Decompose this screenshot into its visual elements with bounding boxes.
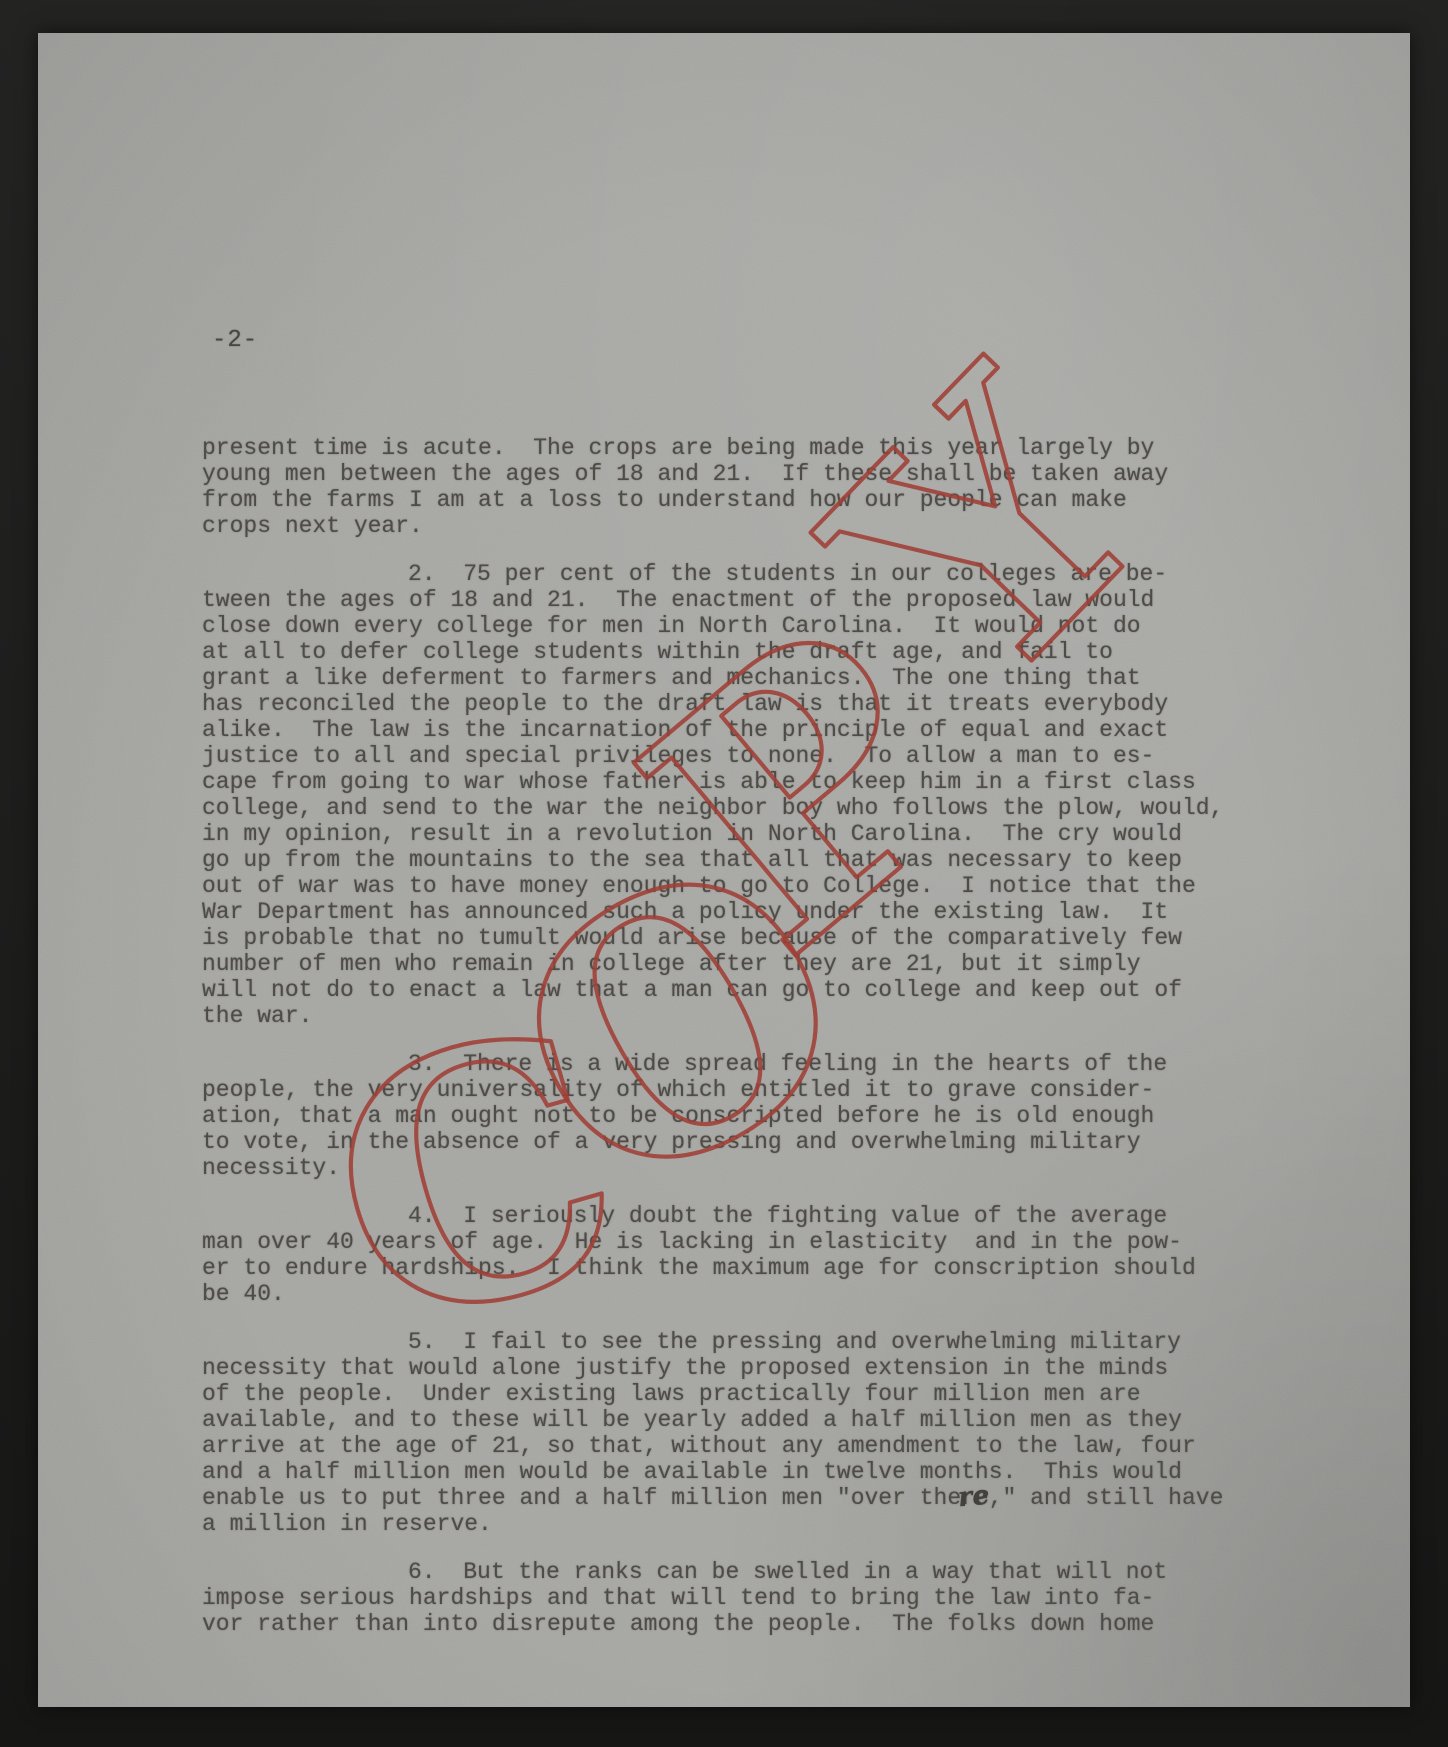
page-number: -2- — [212, 327, 258, 354]
handwritten-correction: re — [957, 1480, 991, 1514]
paragraph-5: 5. I fail to see the pressing and overwh… — [202, 1329, 1248, 1537]
paragraph-6: 6. But the ranks can be swelled in a way… — [202, 1559, 1248, 1637]
document-page: -2- present time is acute. The crops are… — [38, 33, 1410, 1707]
typed-text-block: present time is acute. The crops are bei… — [202, 435, 1248, 1659]
paragraph-4: 4. I seriously doubt the fighting value … — [202, 1203, 1248, 1307]
paragraph-continuation: present time is acute. The crops are bei… — [202, 435, 1248, 539]
paragraph-3: 3. There is a wide spread feeling in the… — [202, 1051, 1248, 1181]
paragraph-2: 2. 75 per cent of the students in our co… — [202, 561, 1248, 1029]
